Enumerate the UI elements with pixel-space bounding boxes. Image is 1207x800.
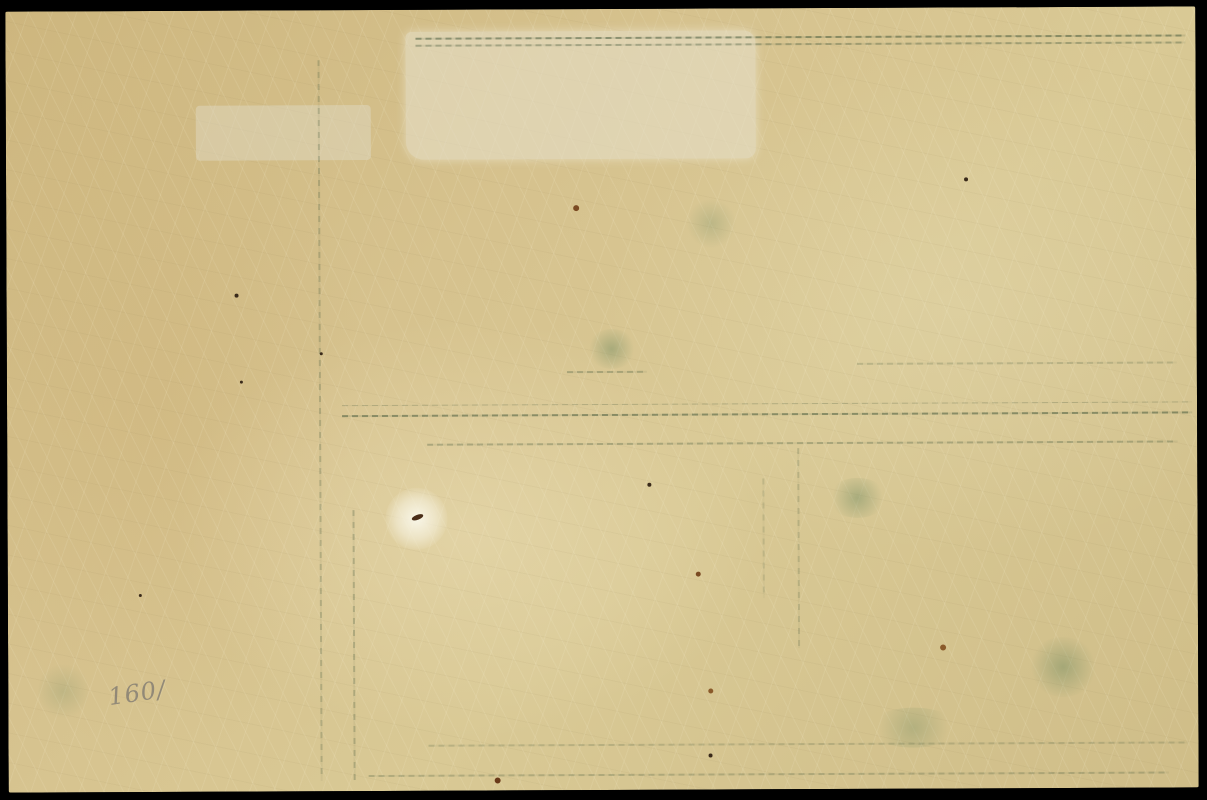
show-through-line bbox=[369, 772, 1169, 777]
speck bbox=[573, 205, 579, 211]
speck bbox=[647, 483, 651, 487]
ink-smudge bbox=[827, 478, 887, 518]
show-through-line bbox=[567, 371, 647, 373]
show-through-line bbox=[429, 741, 1189, 746]
hinge-remnant bbox=[405, 30, 756, 160]
speck bbox=[139, 594, 142, 597]
ink-smudge bbox=[868, 707, 958, 747]
ink-smudge bbox=[587, 329, 637, 369]
show-through-line bbox=[318, 60, 323, 780]
speck bbox=[320, 352, 323, 355]
thin-spot bbox=[385, 488, 447, 550]
stamp-block-back: 160/ bbox=[5, 6, 1198, 792]
ink-smudge bbox=[38, 661, 88, 721]
ink-smudge bbox=[1028, 637, 1098, 697]
hinge-remnant-left bbox=[196, 105, 371, 161]
speck bbox=[709, 754, 713, 758]
show-through-line bbox=[342, 411, 1192, 417]
speck bbox=[240, 381, 243, 384]
show-through-line bbox=[762, 478, 765, 598]
speck bbox=[708, 689, 713, 694]
speck bbox=[940, 645, 946, 651]
speck bbox=[235, 294, 239, 298]
speck bbox=[696, 572, 701, 577]
pencil-notation: 160/ bbox=[107, 675, 168, 711]
show-through-line bbox=[342, 401, 1192, 406]
show-through-line bbox=[797, 448, 800, 648]
show-through-line bbox=[352, 510, 355, 780]
show-through-line bbox=[427, 440, 1177, 445]
speck bbox=[495, 777, 501, 783]
ink-smudge bbox=[686, 198, 736, 248]
show-through-line bbox=[857, 361, 1177, 364]
speck bbox=[964, 177, 968, 181]
